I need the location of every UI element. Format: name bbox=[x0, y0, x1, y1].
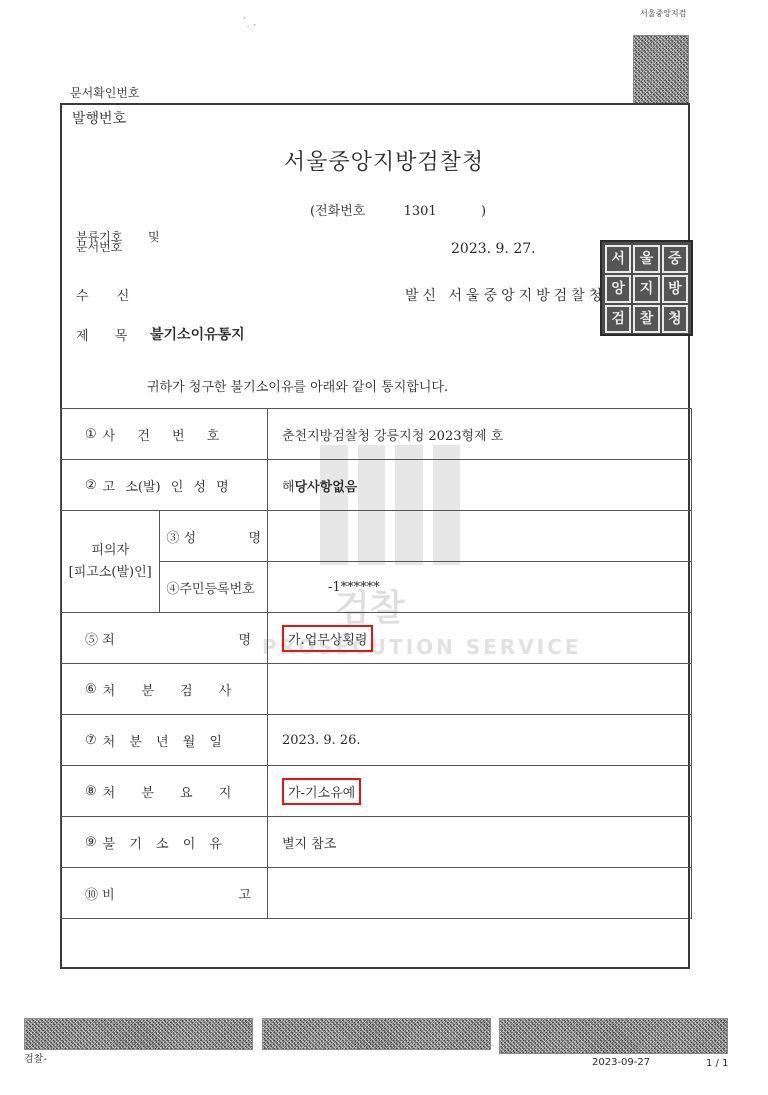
sender: 발신 서울중앙지방검찰청장 bbox=[405, 285, 624, 305]
disposition-date-value: 2023. 9. 26. bbox=[268, 715, 692, 766]
phone-number: 1301 bbox=[404, 204, 437, 219]
page-number: 1 / 1 bbox=[706, 1058, 728, 1069]
recipient-label: 수 신 bbox=[76, 285, 129, 304]
disposition-summary-label: 처 분 요 지 bbox=[97, 782, 251, 801]
table-row: ⑨불 기 소 이 유 별지 참조 bbox=[61, 817, 692, 868]
barcode-3 bbox=[499, 1018, 728, 1054]
subject: 불기소이유통지 bbox=[150, 324, 245, 344]
footer-label: 검찰- bbox=[24, 1050, 47, 1065]
disposition-date-label: 처 분 년 월 일 bbox=[97, 731, 251, 750]
table-row: ⑩ 비고 bbox=[61, 868, 692, 919]
scan-artifact: ` ̣ . bbox=[243, 18, 256, 28]
reason-value: 별지 참조 bbox=[268, 817, 692, 868]
office-title: 서울중앙지방검찰청 bbox=[0, 145, 768, 176]
intro-text: 귀하가 청구한 불기소이유를 아래와 같이 통지합니다. bbox=[147, 376, 448, 395]
table-row: ⑤ 죄명 가.업무상횡령 bbox=[61, 613, 692, 664]
barcode-2 bbox=[262, 1018, 491, 1050]
table-row: ①사 건 번 호 춘천지방검찰청 강릉지청 2023형제 호 bbox=[61, 409, 692, 460]
complainant-label: 고 소(발) 인 성 명 bbox=[97, 476, 251, 495]
charge-value: 가.업무상횡령 bbox=[282, 625, 373, 652]
case-number-value: 춘천지방검찰청 강릉지청 2023형제 호 bbox=[268, 409, 692, 460]
table-row: 피의자 [피고소(발)인] ③ 성명 bbox=[61, 511, 692, 562]
classification-label: 분류기호 문서번호 및 bbox=[76, 232, 122, 252]
prosecutor-label: 처 분 검 사 bbox=[97, 680, 251, 699]
subject-label: 제 목 bbox=[76, 325, 127, 344]
phone-prefix: (전화번호 bbox=[310, 200, 365, 219]
prosecutor-value bbox=[268, 664, 692, 715]
reason-label: 불 기 소 이 유 bbox=[97, 833, 251, 852]
official-seal: 서 울 중 앙 지 방 검 찰 청 bbox=[600, 240, 693, 336]
issuing-office-short: 서울중앙지검 bbox=[640, 8, 686, 19]
remarks-value bbox=[268, 868, 692, 919]
phone-suffix: ) bbox=[481, 204, 486, 219]
footer-date: 2023-09-27 bbox=[592, 1057, 650, 1068]
document-date: 2023. 9. 27. bbox=[451, 241, 536, 257]
suspect-group-label: 피의자 [피고소(발)인] bbox=[61, 511, 160, 613]
resident-no-label: 주민등록번호 bbox=[179, 582, 254, 597]
table-row: ⑦처 분 년 월 일 2023. 9. 26. bbox=[61, 715, 692, 766]
resident-no-value: -1****** bbox=[268, 562, 692, 613]
table-row: ⑥처 분 검 사 bbox=[61, 664, 692, 715]
issue-number-label: 발행번호 bbox=[72, 108, 126, 128]
doc-check-label: 문서확인번호 bbox=[70, 84, 140, 101]
notice-table: ①사 건 번 호 춘천지방검찰청 강릉지청 2023형제 호 ②고 소(발) 인… bbox=[60, 408, 692, 919]
qr-code bbox=[633, 35, 689, 104]
disposition-summary-value: 가-기소유예 bbox=[282, 778, 361, 805]
case-number-label: 사 건 번 호 bbox=[97, 425, 251, 444]
phone-line: (전화번호 1301 ) bbox=[310, 200, 486, 219]
table-row: ②고 소(발) 인 성 명 해당사항없음 bbox=[61, 460, 692, 511]
complainant-value: 해당사항없음 bbox=[268, 460, 692, 511]
suspect-name-value bbox=[268, 511, 692, 562]
barcode-1 bbox=[24, 1018, 253, 1050]
table-row: ⑧처 분 요 지 가-기소유예 bbox=[61, 766, 692, 817]
